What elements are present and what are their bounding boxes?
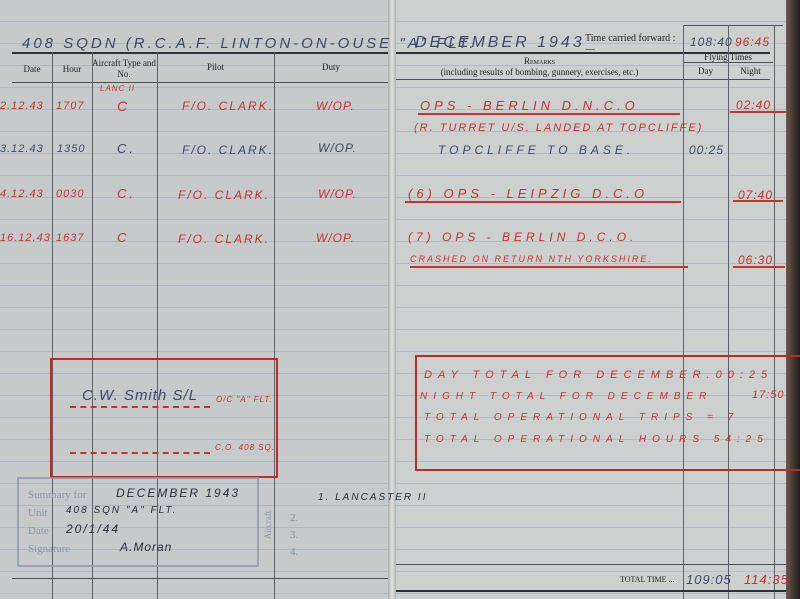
entry-date: 4.12.43 xyxy=(0,188,44,200)
underline xyxy=(410,266,688,268)
entry-aircraft: C xyxy=(117,230,129,245)
month-heading: DECEMBER 1943 xyxy=(415,34,585,52)
column-aircraft: Aircraft Type and No. xyxy=(92,58,156,80)
signature-dotted-line xyxy=(70,406,210,408)
co-dotted-line xyxy=(70,452,210,454)
co-label: C.O. 408 SQ. xyxy=(215,443,275,452)
entry-remarks: OPS - BERLIN D.N.C.O xyxy=(420,98,639,113)
carried-forward-box-top xyxy=(683,25,783,26)
entry-pilot: F/O. CLARK. xyxy=(182,99,274,113)
column-date: Date xyxy=(12,64,52,75)
underline xyxy=(733,200,783,202)
entry-remarks: TOPCLIFFE TO BASE. xyxy=(438,143,634,157)
entry-day-time: 00:25 xyxy=(689,143,724,157)
entry-hour: 1707 xyxy=(56,100,84,112)
entry-remarks: (7) OPS - BERLIN D.C.O. xyxy=(408,230,637,244)
unit-label: Unit xyxy=(28,507,48,519)
entry-date: 3.12.43 xyxy=(0,143,44,155)
total-time-label: TOTAL TIME ... xyxy=(620,574,682,585)
entry-remarks-note: CRASHED ON RETURN NTH YORKSHIRE. xyxy=(410,254,653,264)
column-remarks: Remarks xyxy=(396,56,683,67)
entry-aircraft-type: LANC II xyxy=(100,84,135,93)
oc-flight-label: O/C "A" FLT. xyxy=(216,395,273,404)
column-day: Day xyxy=(683,66,728,77)
entry-date: 16.12.43 xyxy=(0,232,51,244)
column-remarks-sub: (including results of bombing, gunnery, … xyxy=(396,67,683,78)
underline xyxy=(418,113,680,115)
column-header-rule-left xyxy=(12,82,388,83)
operational-trips-line: TOTAL OPERATIONAL TRIPS = 7 xyxy=(424,412,739,423)
underline xyxy=(405,201,681,203)
unit-value: 408 SQN "A" FLT. xyxy=(66,505,177,516)
aircraft-side-label: Aircraft xyxy=(263,511,273,539)
entry-duty: W/OP. xyxy=(316,231,355,245)
date-value: 20/1/44 xyxy=(66,522,120,536)
day-total-line: DAY TOTAL FOR DECEMBER.00:25 xyxy=(424,369,773,381)
entry-remarks: (6) OPS - LEIPZIG D.C.O xyxy=(408,186,648,201)
col-divider xyxy=(274,52,275,599)
entry-pilot: F/O. CLARK. xyxy=(182,143,274,157)
total-night-time: 114:35 xyxy=(744,572,789,587)
aircraft-item-3: 3. xyxy=(290,529,298,541)
entry-duty: W/OP. xyxy=(316,99,355,113)
header-rule-left xyxy=(12,52,388,54)
column-hour: Hour xyxy=(52,64,92,75)
entry-duty: W/OP. xyxy=(318,187,357,201)
entry-aircraft: C xyxy=(117,98,130,114)
aircraft-item-4: 4. xyxy=(290,546,298,558)
entry-remarks-note: (R. TURRET U/S. LANDED AT TOPCLIFFE) xyxy=(414,122,703,134)
entry-hour: 1350 xyxy=(57,143,85,155)
aircraft-item-2: 2. xyxy=(290,512,298,524)
logbook-right-page xyxy=(392,0,786,599)
footer-rule-right xyxy=(396,564,786,565)
night-total-value: 17:50 xyxy=(752,389,785,401)
entry-hour: 1637 xyxy=(56,232,84,244)
summary-for-label: Summary for xyxy=(28,489,86,501)
footer-rule-bottom xyxy=(396,590,786,592)
summary-for-value: DECEMBER 1943 xyxy=(116,486,240,500)
night-total-line: NIGHT TOTAL FOR DECEMBER xyxy=(420,391,712,402)
carried-forward-day: 108:40 xyxy=(690,35,733,49)
column-night: Night xyxy=(728,66,773,77)
book-spine xyxy=(388,0,396,599)
underline xyxy=(730,111,786,113)
signature-label: Signature xyxy=(28,543,70,555)
entry-duty: W/OP. xyxy=(318,141,357,155)
entry-aircraft: C. xyxy=(117,141,136,156)
flight-commander-signature: C.W. Smith S/L xyxy=(82,387,198,404)
operational-hours-line: TOTAL OPERATIONAL HOURS 54:25 xyxy=(424,434,769,445)
entry-hour: 0030 xyxy=(56,188,84,200)
unit-heading: 408 SQDN (R.C.A.F. LINTON-ON-OUSE "A" FL… xyxy=(22,35,477,52)
column-header-rule-right xyxy=(396,79,770,80)
signature-value: A.Moran xyxy=(120,540,172,554)
column-duty: Duty xyxy=(274,62,388,73)
entry-pilot: F/O. CLARK. xyxy=(178,188,270,202)
entry-night-time: 06:30 xyxy=(738,253,773,267)
footer-rule-left xyxy=(12,578,388,579)
entry-night-time: 02:40 xyxy=(736,98,771,112)
book-edge xyxy=(786,0,800,599)
entry-date: 2.12.43 xyxy=(0,100,44,112)
entry-pilot: F/O. CLARK. xyxy=(178,232,270,246)
date-label: Date xyxy=(28,525,49,537)
col-divider xyxy=(728,25,729,599)
signature-box xyxy=(50,358,278,478)
entry-aircraft: C. xyxy=(117,186,136,201)
carried-forward-night: 96:45 xyxy=(735,35,770,49)
total-day-time: 109:05 xyxy=(686,572,732,587)
col-divider xyxy=(683,25,684,599)
column-pilot: Pilot xyxy=(157,62,274,73)
aircraft-item-1: 1. LANCASTER II xyxy=(318,492,427,503)
underline xyxy=(733,266,785,268)
